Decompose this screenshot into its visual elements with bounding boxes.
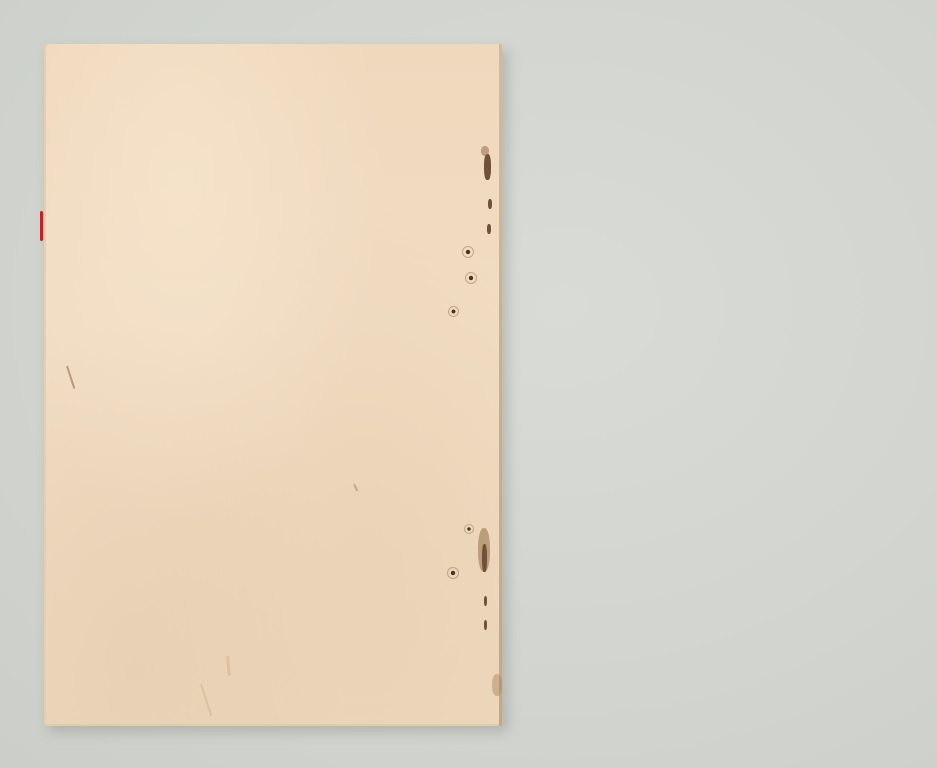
wormhole — [488, 199, 492, 209]
wormhole — [484, 620, 487, 630]
wormhole — [484, 596, 487, 606]
wormhole — [484, 154, 491, 180]
scratch-mark — [66, 366, 75, 389]
red-binding-mark — [40, 211, 43, 241]
stain — [492, 674, 502, 696]
wormhole — [462, 246, 474, 258]
stain-streak — [200, 684, 212, 717]
page-right-edge — [499, 44, 502, 726]
wormhole — [487, 224, 491, 234]
wormhole — [447, 567, 459, 579]
wormhole — [464, 524, 474, 534]
wormhole — [482, 544, 487, 572]
wormhole — [448, 306, 459, 317]
paper-page — [44, 44, 502, 726]
stain — [481, 146, 489, 156]
wormhole — [465, 272, 477, 284]
scratch-mark — [353, 484, 358, 492]
stain-streak — [226, 656, 231, 676]
